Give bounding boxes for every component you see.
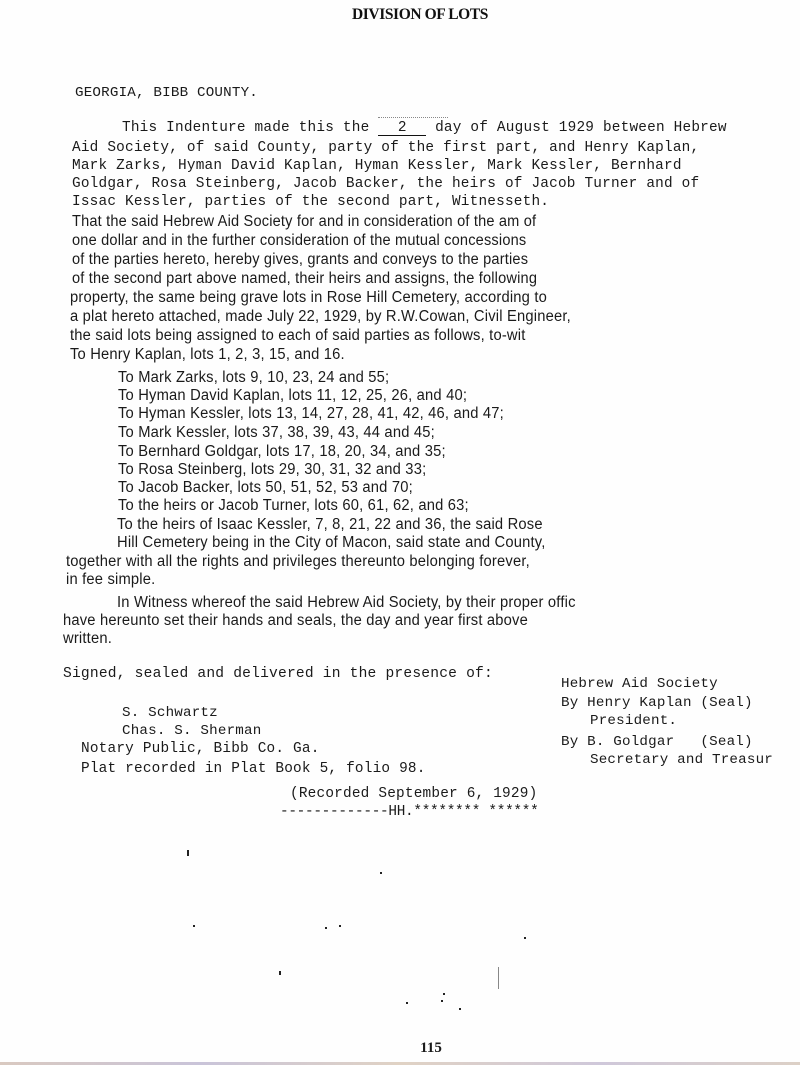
scan-speck xyxy=(339,925,341,927)
allotment-item: To the heirs or Jacob Turner, lots 60, 6… xyxy=(118,497,469,515)
allotment-item: To Hyman Kessler, lots 13, 14, 27, 28, 4… xyxy=(118,405,504,423)
witness-name: Chas. S. Sherman xyxy=(122,722,261,740)
consideration-line: one dollar and in the further considerat… xyxy=(72,232,526,250)
scan-speck xyxy=(325,927,327,929)
scan-speck xyxy=(279,971,281,975)
indenture-line: Goldgar, Rosa Steinberg, Jacob Backer, t… xyxy=(72,175,699,193)
consideration-line: the said lots being assigned to each of … xyxy=(70,327,525,345)
scan-speck xyxy=(524,937,526,939)
scan-speck xyxy=(193,925,195,927)
signer-secretary-title: Secretary and Treasur xyxy=(590,751,773,769)
consideration-line: a plat hereto attached, made July 22, 19… xyxy=(70,308,571,326)
indenture-line: Mark Zarks, Hyman David Kaplan, Hyman Ke… xyxy=(72,157,682,175)
document-page: DIVISION OF LOTS GEORGIA, BIBB COUNTY. T… xyxy=(0,0,800,1065)
witness-line: have hereunto set their hands and seals,… xyxy=(63,612,528,630)
notary-line: Notary Public, Bibb Co. Ga. xyxy=(81,740,320,758)
closing-line: together with all the rights and privile… xyxy=(66,553,530,571)
consideration-line: To Henry Kaplan, lots 1, 2, 3, 15, and 1… xyxy=(70,346,345,364)
signer-president-title: President. xyxy=(590,712,677,730)
heading: GEORGIA, BIBB COUNTY. xyxy=(75,84,258,102)
allotment-item: To the heirs of Isaac Kessler, 7, 8, 21,… xyxy=(117,516,543,534)
scan-speck xyxy=(443,993,445,995)
indenture-line: Aid Society, of said County, party of th… xyxy=(72,139,699,157)
page-number: 115 xyxy=(0,1040,800,1057)
witness-name: S. Schwartz xyxy=(122,704,218,722)
separator-rule: -------------HH.******** ****** xyxy=(280,803,538,821)
consideration-line: That the said Hebrew Aid Society for and… xyxy=(72,213,536,231)
scan-speck xyxy=(459,1008,461,1010)
closing-line: Hill Cemetery being in the City of Macon… xyxy=(117,534,545,552)
allotment-item: To Hyman David Kaplan, lots 11, 12, 25, … xyxy=(118,387,467,405)
page-title: DIVISION OF LOTS xyxy=(0,6,800,24)
consideration-line: of the parties hereto, hereby gives, gra… xyxy=(72,251,528,269)
witness-line: In Witness whereof the said Hebrew Aid S… xyxy=(117,594,576,612)
allotment-item: To Bernhard Goldgar, lots 17, 18, 20, 34… xyxy=(118,443,446,461)
recorded-line: (Recorded September 6, 1929) xyxy=(290,785,537,803)
signer-secretary: By B. Goldgar (Seal) xyxy=(561,733,753,751)
scan-speck xyxy=(498,967,499,989)
consideration-line: property, the same being grave lots in R… xyxy=(70,289,547,307)
plat-line: Plat recorded in Plat Book 5, folio 98. xyxy=(81,760,426,778)
witness-line: written. xyxy=(63,630,112,648)
day-blank: 2 xyxy=(378,121,426,136)
indenture-prefix: This Indenture made this the xyxy=(122,120,378,136)
scan-speck xyxy=(406,1002,408,1004)
scan-speck xyxy=(380,872,382,874)
allotment-item: To Rosa Steinberg, lots 29, 30, 31, 32 a… xyxy=(118,461,426,479)
decorative-dotted-line xyxy=(378,117,448,118)
society-name: Hebrew Aid Society xyxy=(561,675,718,693)
scan-speck xyxy=(441,1000,443,1002)
allotment-item: To Mark Kessler, lots 37, 38, 39, 43, 44… xyxy=(118,424,435,442)
indenture-suffix: day of August 1929 between Hebrew xyxy=(426,120,726,136)
closing-line: in fee simple. xyxy=(66,571,155,589)
indenture-first-line: This Indenture made this the 2 day of Au… xyxy=(122,119,727,137)
consideration-line: of the second part above named, their he… xyxy=(72,270,537,288)
presence-label: Signed, sealed and delivered in the pres… xyxy=(63,665,493,683)
scan-speck xyxy=(187,850,189,856)
signer-president: By Henry Kaplan (Seal) xyxy=(561,694,753,712)
allotment-item: To Jacob Backer, lots 50, 51, 52, 53 and… xyxy=(118,479,413,497)
indenture-line: Issac Kessler, parties of the second par… xyxy=(72,193,549,211)
allotment-item: To Mark Zarks, lots 9, 10, 23, 24 and 55… xyxy=(118,369,389,387)
